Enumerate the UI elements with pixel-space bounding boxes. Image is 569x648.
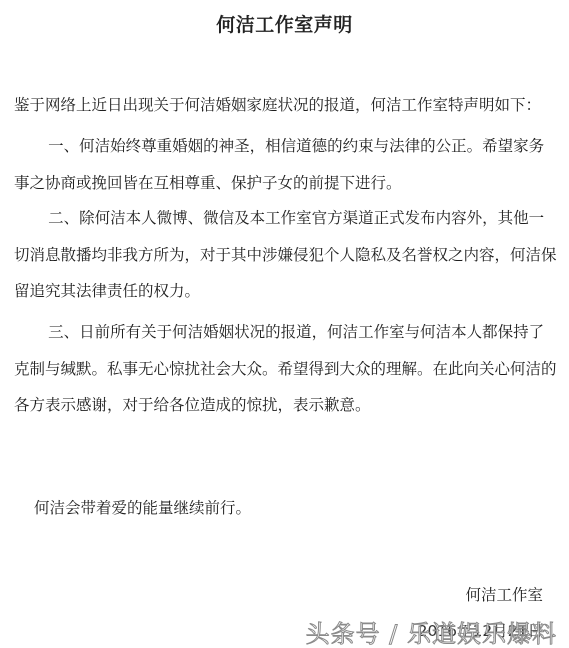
closing-line: 何洁会带着爱的能量继续前行。 [34,496,251,518]
statement-point-2: 二、除何洁本人微博、微信及本工作室官方渠道正式发布内容外，其他一切消息散播均非我… [14,200,559,310]
statement-point-1: 一、何洁始终尊重婚姻的神圣，相信道德的约束与法律的公正。希望家务事之协商或挽回皆… [14,128,559,201]
intro-paragraph: 鉴于网络上近日出现关于何洁婚姻家庭状况的报道，何洁工作室特声明如下： [14,94,541,116]
watermark: 头条号 / 乐道娱乐爆料 [306,614,557,648]
statement-point-3: 三、日前所有关于何洁婚姻状况的报道，何洁工作室与何洁本人都保持了克制与缄默。私事… [14,314,559,424]
document-title: 何洁工作室声明 [0,10,569,37]
signature: 何洁工作室 [465,583,543,605]
